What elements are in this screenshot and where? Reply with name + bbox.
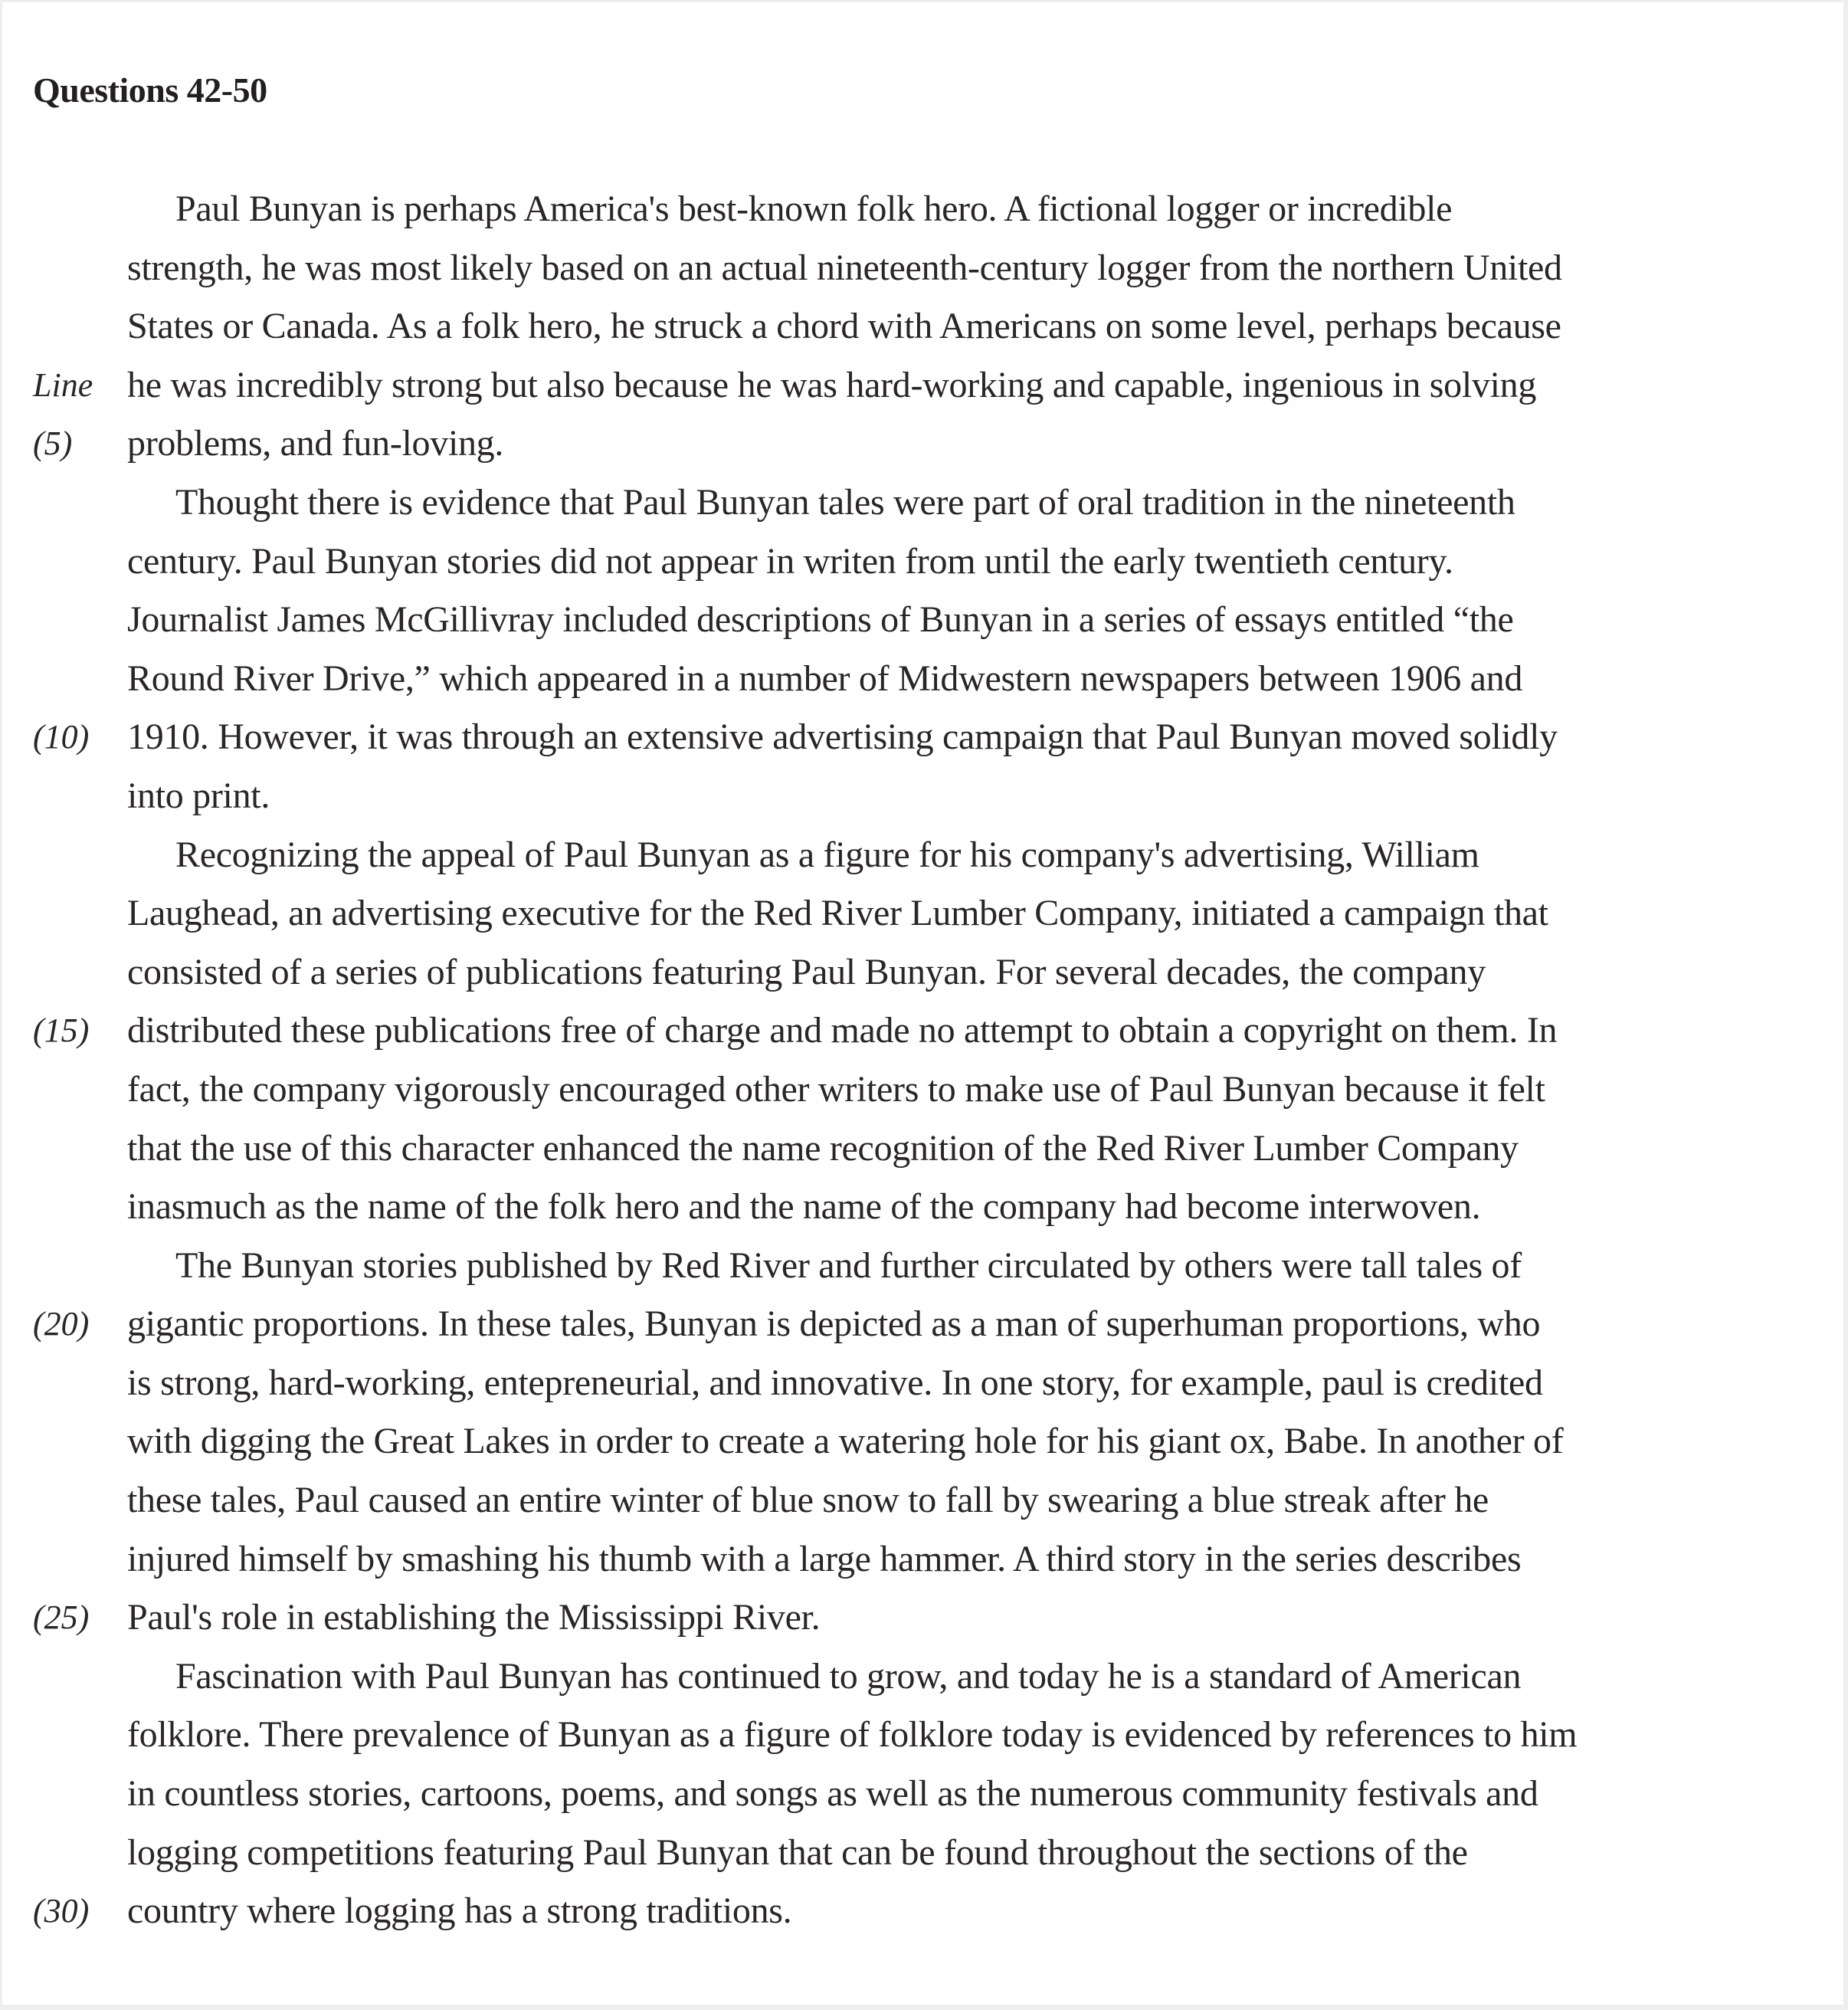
line-text: Thought there is evidence that Paul Buny… — [175, 474, 1515, 533]
line-text: problems, and fun-loving. — [127, 415, 503, 474]
passage-line: these tales, Paul caused an entire winte… — [2, 1471, 1843, 1530]
line-text: Paul Bunyan is perhaps America's best-kn… — [175, 180, 1452, 239]
passage-line: inasmuch as the name of the folk hero an… — [2, 1178, 1843, 1237]
line-text: into print. — [127, 767, 270, 826]
questions-heading: Questions 42-50 — [33, 70, 267, 110]
passage-line: Journalist James McGillivray included de… — [2, 591, 1843, 650]
line-text: consisted of a series of publications fe… — [127, 943, 1486, 1002]
passage-line: (5)problems, and fun-loving. — [2, 415, 1843, 474]
passage-line: (25)Paul's role in establishing the Miss… — [2, 1589, 1843, 1648]
line-text: that the use of this character enhanced … — [127, 1120, 1519, 1179]
line-text: Paul's role in establishing the Mississi… — [127, 1589, 820, 1648]
line-number-label: (20) — [33, 1295, 89, 1354]
passage-line: fact, the company vigorously encouraged … — [2, 1061, 1843, 1120]
passage-line: is strong, hard-working, entepreneurial,… — [2, 1354, 1843, 1413]
line-text: in countless stories, cartoons, poems, a… — [127, 1765, 1538, 1824]
passage-line: folklore. There prevalence of Bunyan as … — [2, 1706, 1843, 1765]
passage-line: Thought there is evidence that Paul Buny… — [2, 474, 1843, 533]
line-text: injured himself by smashing his thumb wi… — [127, 1530, 1521, 1589]
line-text: strength, he was most likely based on an… — [127, 239, 1562, 298]
line-number-label: (30) — [33, 1882, 89, 1941]
line-number-label: (5) — [33, 415, 72, 474]
line-text: country where logging has a strong tradi… — [127, 1882, 791, 1941]
passage-line: States or Canada. As a folk hero, he str… — [2, 297, 1843, 356]
document-page: Questions 42-50 Paul Bunyan is perhaps A… — [2, 2, 1843, 2005]
passage-line: Fascination with Paul Bunyan has continu… — [2, 1648, 1843, 1707]
passage-line: (10)1910. However, it was through an ext… — [2, 708, 1843, 767]
passage-line: strength, he was most likely based on an… — [2, 239, 1843, 298]
line-text: folklore. There prevalence of Bunyan as … — [127, 1706, 1577, 1765]
line-number-label: Line — [33, 356, 93, 415]
line-text: fact, the company vigorously encouraged … — [127, 1061, 1545, 1120]
passage-line: that the use of this character enhanced … — [2, 1120, 1843, 1179]
line-text: Laughead, an advertising executive for t… — [127, 884, 1548, 943]
passage-line: logging competitions featuring Paul Buny… — [2, 1824, 1843, 1883]
line-text: Round River Drive,” which appeared in a … — [127, 650, 1522, 709]
line-text: he was incredibly strong but also becaus… — [127, 356, 1536, 415]
line-number-label: (15) — [33, 1002, 89, 1061]
line-text: Fascination with Paul Bunyan has continu… — [175, 1648, 1521, 1707]
passage-line: in countless stories, cartoons, poems, a… — [2, 1765, 1843, 1824]
line-text: logging competitions featuring Paul Buny… — [127, 1824, 1468, 1883]
passage-line: (20)gigantic proportions. In these tales… — [2, 1295, 1843, 1354]
passage-line: Linehe was incredibly strong but also be… — [2, 356, 1843, 415]
line-text: century. Paul Bunyan stories did not app… — [127, 533, 1453, 592]
line-text: with digging the Great Lakes in order to… — [127, 1412, 1563, 1471]
reading-passage: Paul Bunyan is perhaps America's best-kn… — [2, 180, 1843, 1941]
line-number-label: (25) — [33, 1589, 89, 1648]
line-text: Recognizing the appeal of Paul Bunyan as… — [175, 826, 1479, 885]
line-text: The Bunyan stories published by Red Rive… — [175, 1237, 1522, 1296]
passage-line: Round River Drive,” which appeared in a … — [2, 650, 1843, 709]
line-text: States or Canada. As a folk hero, he str… — [127, 297, 1561, 356]
passage-line: consisted of a series of publications fe… — [2, 943, 1843, 1002]
line-text: is strong, hard-working, entepreneurial,… — [127, 1354, 1543, 1413]
passage-line: Laughead, an advertising executive for t… — [2, 884, 1843, 943]
passage-line: (30)country where logging has a strong t… — [2, 1882, 1843, 1941]
passage-line: with digging the Great Lakes in order to… — [2, 1412, 1843, 1471]
passage-line: into print. — [2, 767, 1843, 826]
line-text: inasmuch as the name of the folk hero an… — [127, 1178, 1480, 1237]
line-number-label: (10) — [33, 708, 89, 767]
passage-line: (15)distributed these publications free … — [2, 1002, 1843, 1061]
line-text: 1910. However, it was through an extensi… — [127, 708, 1558, 767]
passage-line: Recognizing the appeal of Paul Bunyan as… — [2, 826, 1843, 885]
passage-line: Paul Bunyan is perhaps America's best-kn… — [2, 180, 1843, 239]
passage-line: injured himself by smashing his thumb wi… — [2, 1530, 1843, 1589]
line-text: distributed these publications free of c… — [127, 1002, 1557, 1061]
passage-line: century. Paul Bunyan stories did not app… — [2, 533, 1843, 592]
passage-line: The Bunyan stories published by Red Rive… — [2, 1237, 1843, 1296]
line-text: these tales, Paul caused an entire winte… — [127, 1471, 1489, 1530]
line-text: Journalist James McGillivray included de… — [127, 591, 1513, 650]
line-text: gigantic proportions. In these tales, Bu… — [127, 1295, 1540, 1354]
